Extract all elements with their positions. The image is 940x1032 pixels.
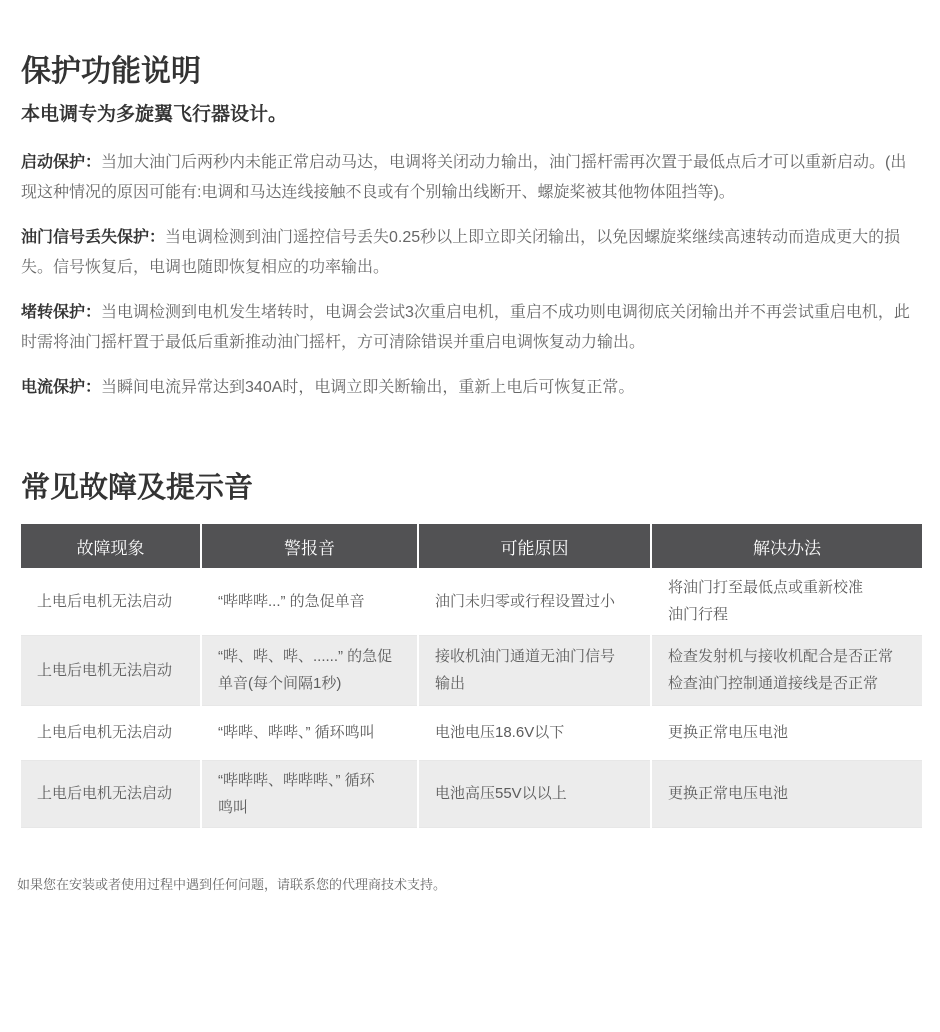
paragraph-text: 当电调检测到电机发生堵转时，电调会尝试3次重启电机，重启不成功则电调彻底关闭输出… — [21, 304, 910, 351]
table-row: 上电后电机无法启动“哔哔、哔哔、” 循环鸣叫电池电压18.6V以下更换正常电压电… — [21, 705, 922, 760]
paragraph-label: 启动保护： — [21, 154, 101, 171]
table-cell: 上电后电机无法启动 — [21, 568, 201, 635]
paragraph-label: 油门信号丢失保护： — [21, 229, 165, 246]
page-subtitle: 本电调专为多旋翼飞行器设计。 — [21, 103, 922, 127]
table-row: 上电后电机无法启动“哔哔哔、哔哔哔、” 循环 鸣叫电池高压55V以以上更换正常电… — [21, 760, 922, 827]
paragraph-text: 当瞬间电流异常达到340A时，电调立即关断输出，重新上电后可恢复正常。 — [101, 379, 634, 396]
paragraph-text: 当加大油门后两秒内未能正常启动马达，电调将关闭动力输出，油门摇杆需再次置于最低点… — [21, 154, 906, 201]
table-cell: 检查发射机与接收机配合是否正常 检查油门控制通道接线是否正常 — [651, 635, 922, 705]
support-note: 如果您在安装或者使用过程中遇到任何问题，请联系您的代理商技术支持。 — [17, 876, 922, 894]
paragraph-label: 堵转保护： — [21, 304, 101, 321]
table-cell: “哔哔、哔哔、” 循环鸣叫 — [201, 705, 418, 760]
table-cell: 将油门打至最低点或重新校准 油门行程 — [651, 568, 922, 635]
section-title-faults: 常见故障及提示音 — [21, 418, 922, 507]
page-title: 保护功能说明 — [21, 0, 922, 91]
table-header-cell: 解决办法 — [651, 524, 922, 568]
table-cell: “哔哔哔、哔哔哔、” 循环 鸣叫 — [201, 760, 418, 827]
table-cell: 更换正常电压电池 — [651, 760, 922, 827]
table-cell: 油门未归零或行程设置过小 — [418, 568, 651, 635]
main-content: 保护功能说明 本电调专为多旋翼飞行器设计。 启动保护：当加大油门后两秒内未能正常… — [0, 0, 940, 894]
fault-table-head: 故障现象警报音可能原因解决办法 — [21, 524, 922, 568]
fault-table-body: 上电后电机无法启动“哔哔哔...” 的急促单音油门未归零或行程设置过小将油门打至… — [21, 568, 922, 827]
table-cell: “哔哔哔...” 的急促单音 — [201, 568, 418, 635]
table-cell: 电池电压18.6V以下 — [418, 705, 651, 760]
table-cell: 上电后电机无法启动 — [21, 635, 201, 705]
fault-table: 故障现象警报音可能原因解决办法 上电后电机无法启动“哔哔哔...” 的急促单音油… — [21, 524, 922, 828]
paragraph-signal-loss-protection: 油门信号丢失保护：当电调检测到油门遥控信号丢失0.25秒以上即立即关闭输出，以免… — [21, 223, 922, 283]
paragraph-current-protection: 电流保护：当瞬间电流异常达到340A时，电调立即关断输出，重新上电后可恢复正常。 — [21, 373, 922, 403]
paragraph-label: 电流保护： — [21, 379, 101, 396]
page: 保护功能说明 本电调专为多旋翼飞行器设计。 启动保护：当加大油门后两秒内未能正常… — [0, 0, 940, 1032]
table-header-row: 故障现象警报音可能原因解决办法 — [21, 524, 922, 568]
table-cell: 更换正常电压电池 — [651, 705, 922, 760]
table-cell: 上电后电机无法启动 — [21, 760, 201, 827]
table-cell: 上电后电机无法启动 — [21, 705, 201, 760]
paragraph-start-protection: 启动保护：当加大油门后两秒内未能正常启动马达，电调将关闭动力输出，油门摇杆需再次… — [21, 148, 922, 208]
protection-paragraphs: 启动保护：当加大油门后两秒内未能正常启动马达，电调将关闭动力输出，油门摇杆需再次… — [21, 148, 922, 403]
table-header-cell: 故障现象 — [21, 524, 201, 568]
paragraph-stall-protection: 堵转保护：当电调检测到电机发生堵转时，电调会尝试3次重启电机，重启不成功则电调彻… — [21, 298, 922, 358]
table-cell: 电池高压55V以以上 — [418, 760, 651, 827]
table-cell: “哔、哔、哔、......” 的急促 单音(每个间隔1秒) — [201, 635, 418, 705]
table-header-cell: 警报音 — [201, 524, 418, 568]
table-cell: 接收机油门通道无油门信号 输出 — [418, 635, 651, 705]
table-row: 上电后电机无法启动“哔哔哔...” 的急促单音油门未归零或行程设置过小将油门打至… — [21, 568, 922, 635]
table-row: 上电后电机无法启动“哔、哔、哔、......” 的急促 单音(每个间隔1秒)接收… — [21, 635, 922, 705]
table-header-cell: 可能原因 — [418, 524, 651, 568]
